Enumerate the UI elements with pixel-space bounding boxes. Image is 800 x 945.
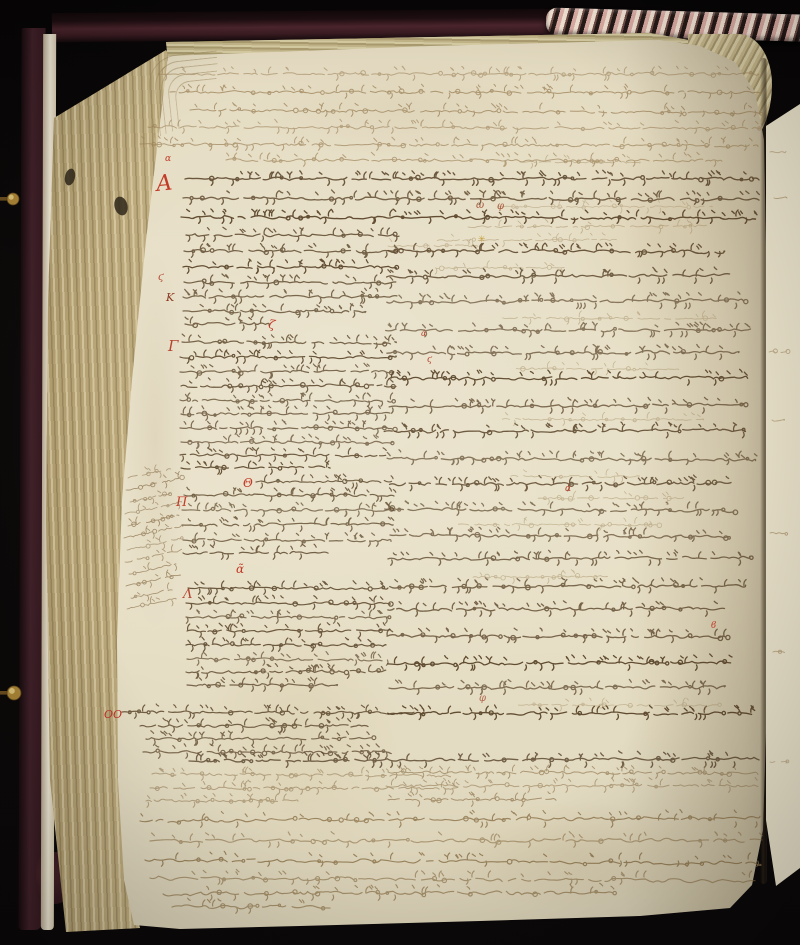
manuscript-photo: ΑαϛΚζΓΘΠᾶΛΟΟὠφ✳άϛάφϐ [0, 0, 800, 945]
gutter-crease [760, 58, 767, 884]
clasp-pin [0, 193, 19, 205]
page-corner-arc [174, 78, 222, 129]
clasp-pin [0, 686, 21, 700]
